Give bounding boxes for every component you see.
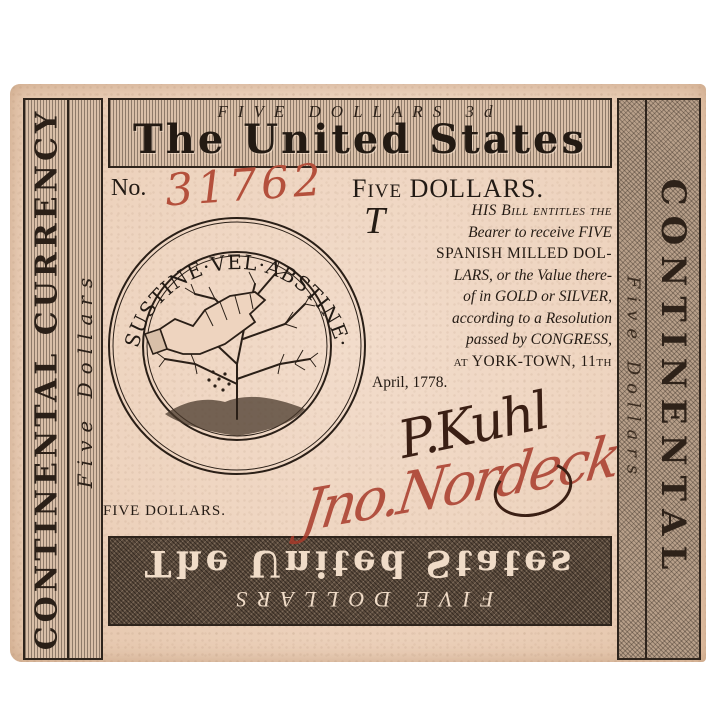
- seal-emblem: SUSTINE·VEL·ABSTINE·: [105, 214, 370, 479]
- bill-text-line: Bearer to receive FIVE: [372, 222, 612, 244]
- serial-label: No.: [111, 175, 146, 202]
- left-border-outer-text: CONTINENTAL CURRENCY: [30, 108, 65, 650]
- bill-text-line: LARS, or the Value there-: [372, 265, 612, 287]
- top-banner-title: The United States: [110, 116, 610, 163]
- denomination-rest: IVE: [367, 181, 402, 202]
- left-border-inner: Five Dollars: [67, 98, 103, 660]
- bill-text-line: of in GOLD or SILVER,: [372, 286, 612, 308]
- bill-text-line: SPANISH MILLED DOL-: [372, 243, 612, 265]
- left-border-inner-text: Five Dollars: [73, 270, 97, 488]
- bill-text-line: at YORK-TOWN, 11th: [372, 351, 612, 373]
- bottom-banner-title: The United States: [110, 542, 610, 584]
- bill-text: T HIS Bill entitles the Bearer to receiv…: [372, 200, 612, 394]
- right-border-inner-text: Five Dollars: [623, 276, 644, 482]
- left-border-outer: CONTINENTAL CURRENCY: [23, 98, 71, 660]
- bill-text-line: HIS Bill entitles the: [372, 200, 612, 222]
- bottom-banner: The United States FIVE DOLLARS: [108, 536, 612, 626]
- denomination-word: DOLLARS.: [410, 174, 544, 203]
- bill-text-line: passed by CONGRESS,: [372, 329, 612, 351]
- lower-denomination: FIVE DOLLARS.: [103, 503, 226, 520]
- right-border-outer: CONTINENTAL: [645, 98, 701, 660]
- bill-text-drop-cap: T: [364, 206, 385, 236]
- right-border-outer-text: CONTINENTAL: [653, 179, 693, 580]
- bill-text-line: according to a Resolution: [372, 308, 612, 330]
- denomination-first-letter: F: [352, 174, 367, 203]
- bottom-banner-subtitle: FIVE DOLLARS: [110, 586, 610, 612]
- top-banner: FIVE DOLLARS 3d The United States: [108, 98, 612, 168]
